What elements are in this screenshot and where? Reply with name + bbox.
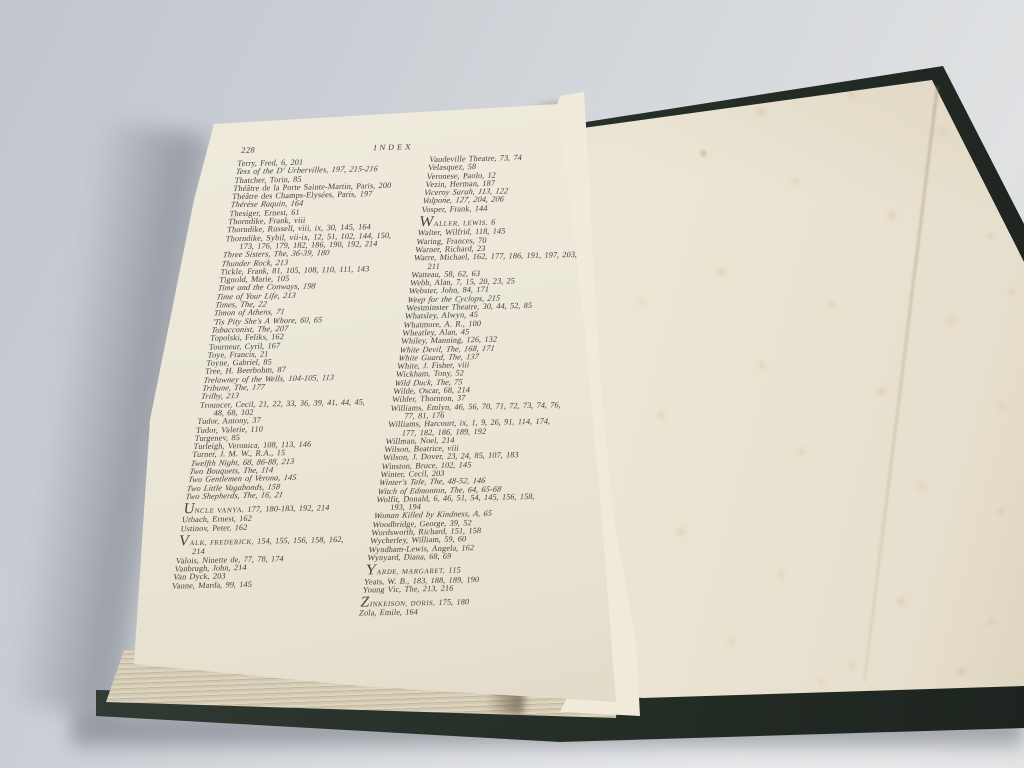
entry-roman: Vosper, Frank, 144 <box>421 204 489 214</box>
page-number: 228 <box>241 146 256 155</box>
index-entry: Vosper, Frank, 144 <box>421 202 598 214</box>
index-entry: Young Vic, The, 213, 216 <box>362 583 539 595</box>
entry-roman: Zola, Emile, 164 <box>358 608 418 618</box>
entry-title-italic: Two Shepherds, The, 16, 21 <box>185 490 284 501</box>
entry-roman: 115 <box>445 566 462 575</box>
index-columns: Terry, Fred, 6, 201Tess of the D' Urberv… <box>166 152 605 622</box>
entry-roman: Young Vic, The, 213, 216 <box>362 583 454 594</box>
running-title: INDEX <box>373 142 414 152</box>
entry-roman: Vanne, Marda, 99, 145 <box>171 579 253 590</box>
entry-roman: 6 <box>488 218 497 227</box>
entry-roman: Wynyard, Diana, 68, 69 <box>367 552 452 563</box>
entry-roman: Ustinov, Peter, 162 <box>180 523 248 533</box>
index-entry: Ustinov, Peter, 162 <box>180 522 349 534</box>
photo-surface: 228 INDEX Terry, Fred, 6, 201Tess of the… <box>0 0 1024 768</box>
index-entry: Vanne, Marda, 99, 145 <box>171 579 340 591</box>
entry-smallcaps: ALK, FREDERICK, <box>189 539 254 547</box>
index-page-text: 228 INDEX Terry, Fred, 6, 201Tess of the… <box>166 138 608 622</box>
entry-roman: 177, 180-183, 192, 214 <box>244 503 331 514</box>
entry-roman: 175, 180 <box>435 597 470 607</box>
index-entry: Two Shepherds, The, 16, 21 <box>185 490 354 502</box>
foxing-spots <box>700 150 707 157</box>
